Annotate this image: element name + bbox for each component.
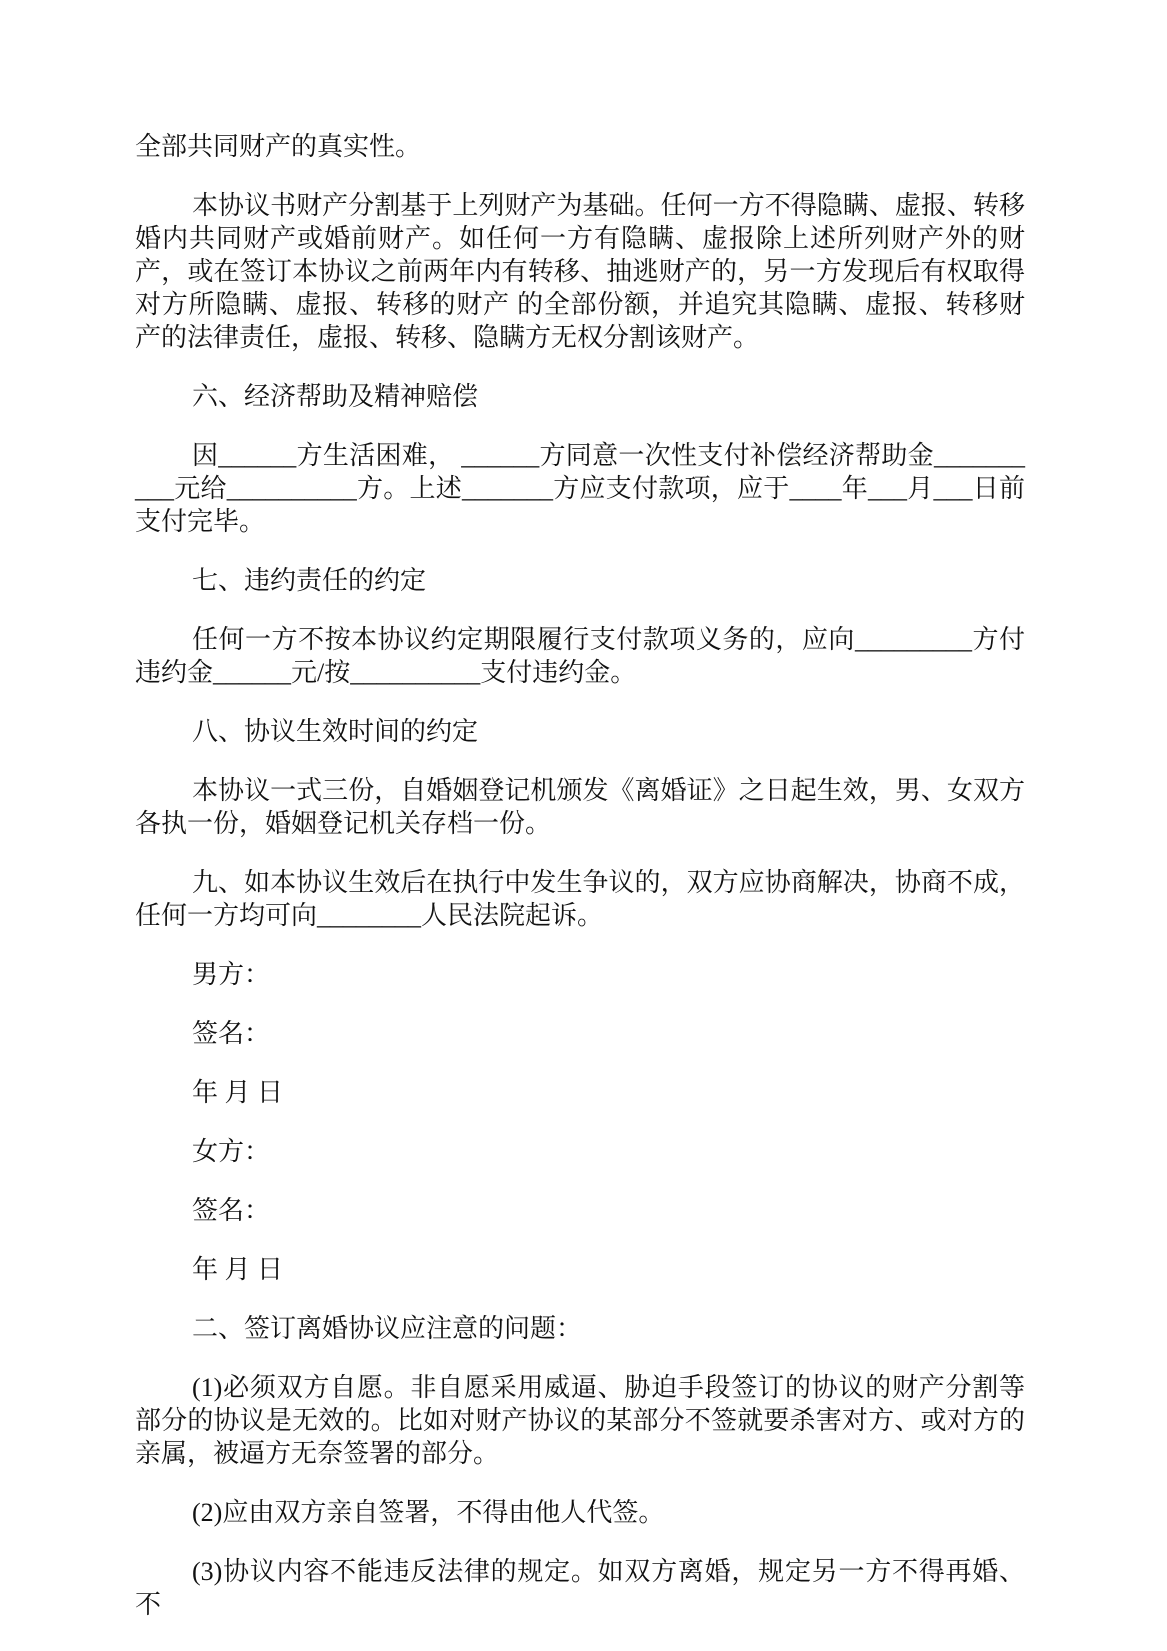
paragraph-effective-date: 本协议一式三份，自婚姻登记机颁发《离婚证》之日起生效，男、女双方各执一份，婚姻登… bbox=[135, 774, 1025, 840]
paragraph-note-1: (1)必须双方自愿。非自愿采用威逼、胁迫手段签订的协议的财产分割等部分的协议是无… bbox=[135, 1371, 1025, 1470]
heading-section-6: 六、经济帮助及精神赔偿 bbox=[135, 380, 1025, 413]
line-wife-date: 年 月 日 bbox=[135, 1253, 1025, 1286]
paragraph-note-2: (2)应由双方亲自签署，不得由他人代签。 bbox=[135, 1496, 1025, 1529]
heading-section-7: 七、违约责任的约定 bbox=[135, 564, 1025, 597]
heading-notes: 二、签订离婚协议应注意的问题： bbox=[135, 1312, 1025, 1345]
line-wife-label: 女方： bbox=[135, 1135, 1025, 1168]
paragraph-breach-liability: 任何一方不按本协议约定期限履行支付款项义务的，应向_________方付违约金_… bbox=[135, 623, 1025, 689]
paragraph-note-3: (3)协议内容不能违反法律的规定。如双方离婚，规定另一方不得再婚、不 bbox=[135, 1555, 1025, 1621]
line-husband-label: 男方： bbox=[135, 958, 1025, 991]
document-page: 全部共同财产的真实性。本协议书财产分割基于上列财产为基础。任何一方不得隐瞒、虚报… bbox=[0, 0, 1167, 1651]
paragraph-dispute-resolution: 九、如本协议生效后在执行中发生争议的，双方应协商解决，协商不成，任何一方均可向_… bbox=[135, 866, 1025, 932]
line-husband-signature: 签名： bbox=[135, 1017, 1025, 1050]
paragraph-financial-assistance: 因______方生活困难， ______方同意一次性支付补偿经济帮助金_____… bbox=[135, 439, 1025, 538]
paragraph-property-division: 本协议书财产分割基于上列财产为基础。任何一方不得隐瞒、虚报、转移婚内共同财产或婚… bbox=[135, 189, 1025, 354]
document-body: 全部共同财产的真实性。本协议书财产分割基于上列财产为基础。任何一方不得隐瞒、虚报… bbox=[135, 130, 1025, 1621]
line-wife-signature: 签名： bbox=[135, 1194, 1025, 1227]
heading-section-8: 八、协议生效时间的约定 bbox=[135, 715, 1025, 748]
paragraph-carryover-line: 全部共同财产的真实性。 bbox=[135, 130, 1025, 163]
line-husband-date: 年 月 日 bbox=[135, 1076, 1025, 1109]
